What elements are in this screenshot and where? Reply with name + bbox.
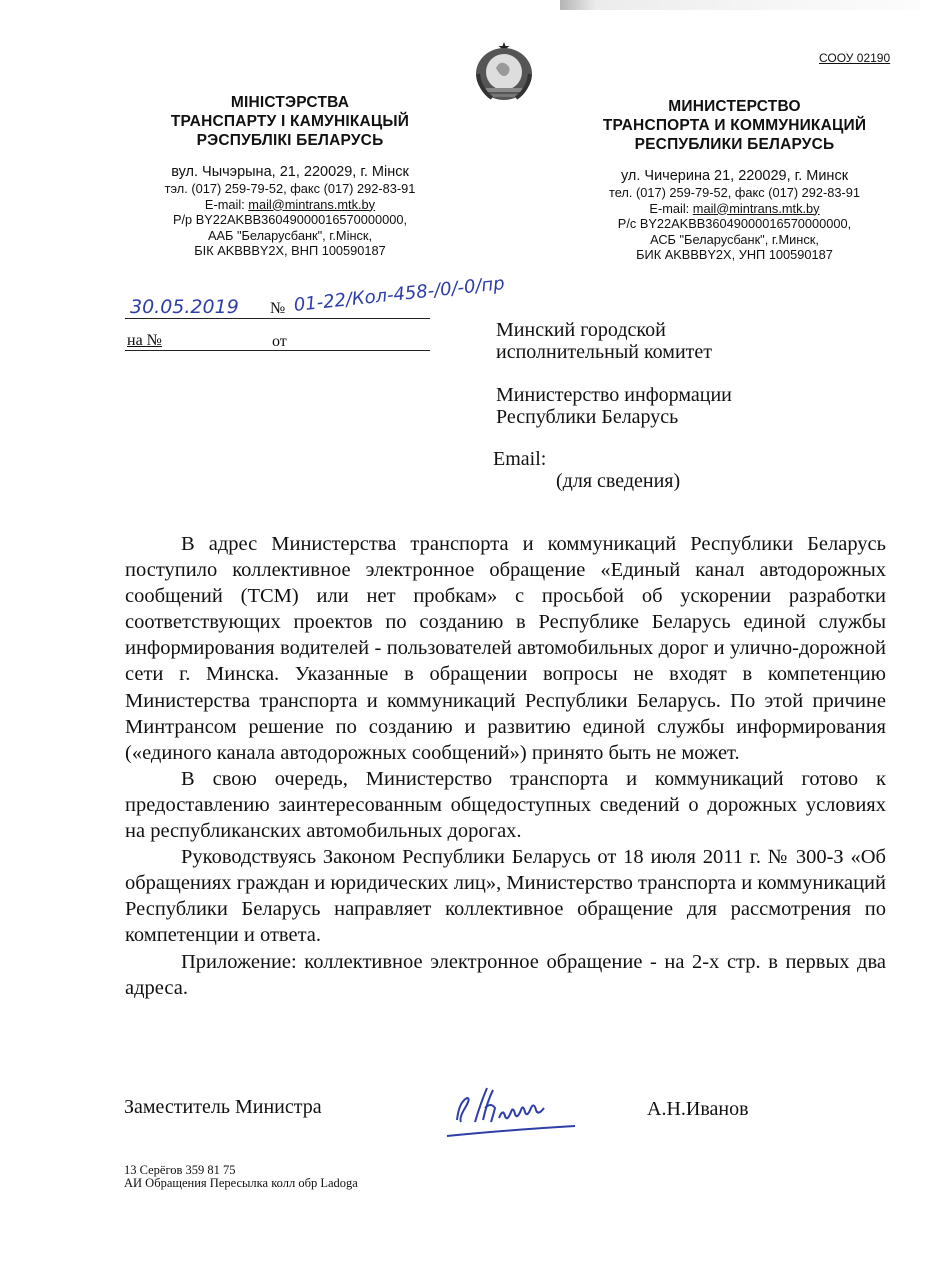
handwritten-signature-icon — [445, 1080, 585, 1140]
letter-body: В адрес Министерства транспорта и коммун… — [125, 531, 886, 1001]
recipient-email-label: Email: — [493, 448, 546, 470]
file-path-line: АИ Обращения Пересылка колл обр Ladoga — [124, 1177, 358, 1190]
from-label: от — [272, 333, 287, 351]
paragraph-1: В адрес Министерства транспорта и коммун… — [125, 531, 886, 766]
email-line-by: E-mail: mail@mintrans.mtk.by — [130, 197, 450, 213]
email-link-by[interactable]: mail@mintrans.mtk.by — [248, 197, 375, 212]
number-label: № — [270, 300, 285, 318]
state-emblem-icon — [472, 38, 536, 110]
paragraph-4: Приложение: коллективное электронное обр… — [125, 949, 886, 1001]
email-link-ru[interactable]: mail@mintrans.mtk.by — [693, 201, 820, 216]
paragraph-3: Руководствуясь Законом Республики Белару… — [125, 844, 886, 948]
email-line-ru: E-mail: mail@mintrans.mtk.by — [572, 201, 897, 217]
executor-footer: 13 Серёгов 359 81 75 АИ Обращения Пересы… — [124, 1164, 358, 1190]
account-by: Р/р BY22AKBB36049000016570000000, — [130, 212, 450, 228]
bank-by: ААБ "Беларусбанк", г.Мінск, — [130, 228, 450, 244]
phone-ru: тел. (017) 259-79-52, факс (017) 292-83-… — [572, 185, 897, 201]
recipient-note: (для сведения) — [556, 470, 680, 492]
recipient-2: Министерство информации Республики Белар… — [496, 384, 732, 428]
registration-date: 30.05.2019 — [130, 296, 239, 318]
registration-line — [125, 318, 430, 319]
codes-by: БІК AKBBBY2X, ВНП 100590187 — [130, 243, 450, 259]
org-name-by: МІНІСТЭРСТВА ТРАНСПАРТУ І КАМУНІКАЦЫЙ РЭ… — [130, 93, 450, 150]
address-ru: ул. Чичерина 21, 220029, г. Минск — [572, 168, 897, 185]
account-ru: Р/с BY22AKBB36049000016570000000, — [572, 216, 897, 232]
scan-edge-artifact — [560, 0, 920, 10]
codes-ru: БИК AKBBBY2X, УНП 100590187 — [572, 247, 897, 263]
reply-to-label: на № — [127, 332, 162, 350]
header-russian: МИНИСТЕРСТВО ТРАНСПОРТА И КОММУНИКАЦИЙ Р… — [572, 97, 897, 263]
paragraph-2: В свою очередь, Министерство транспорта … — [125, 766, 886, 844]
signatory-name: А.Н.Иванов — [647, 1098, 749, 1121]
document-code: СООУ 02190 — [819, 51, 890, 65]
header-belarusian: МІНІСТЭРСТВА ТРАНСПАРТУ І КАМУНІКАЦЫЙ РЭ… — [130, 93, 450, 259]
address-by: вул. Чычэрына, 21, 220029, г. Мінск — [130, 164, 450, 181]
recipient-1: Минский городской исполнительный комитет — [496, 319, 712, 363]
phone-by: тэл. (017) 259-79-52, факс (017) 292-83-… — [130, 181, 450, 197]
org-name-ru: МИНИСТЕРСТВО ТРАНСПОРТА И КОММУНИКАЦИЙ Р… — [572, 97, 897, 154]
registration-number: 01-22/Кол-458-/0/-0/пр — [293, 273, 506, 316]
bank-ru: АСБ "Беларусбанк", г.Минск, — [572, 232, 897, 248]
signatory-position: Заместитель Министра — [124, 1096, 322, 1119]
